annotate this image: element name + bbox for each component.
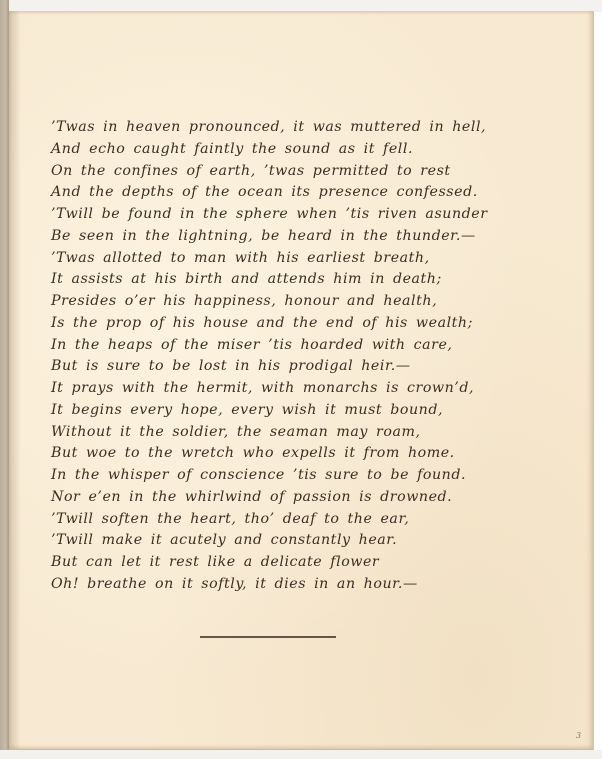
- page-number: 3: [576, 731, 581, 740]
- poem-line: Is the prop of his house and the end of …: [51, 313, 488, 335]
- poem-text: ’Twas in heaven pronounced, it was mutte…: [51, 117, 488, 596]
- poem-line: And echo caught faintly the sound as it …: [51, 139, 488, 161]
- poem-line: Nor e’en in the whirlwind of passion is …: [51, 487, 488, 509]
- poem-line: ’Twas in heaven pronounced, it was mutte…: [51, 117, 488, 139]
- book-binding-edge: [0, 0, 9, 750]
- poem-line: ’Twill be found in the sphere when ’tis …: [51, 204, 488, 226]
- poem-line: But can let it rest like a delicate flow…: [51, 552, 488, 574]
- poem-line: And the depths of the ocean its presence…: [51, 182, 488, 204]
- poem-line: It begins every hope, every wish it must…: [51, 400, 488, 422]
- poem-line: Be seen in the lightning, be heard in th…: [51, 226, 488, 248]
- poem-line: It prays with the hermit, with monarchs …: [51, 378, 488, 400]
- poem-line: Presides o’er his happiness, honour and …: [51, 291, 488, 313]
- poem-line: On the confines of earth, ’twas permitte…: [51, 161, 488, 183]
- poem-line: Oh! breathe on it softly, it dies in an …: [51, 574, 488, 596]
- closing-rule: [200, 636, 336, 638]
- poem-line: ’Twill make it acutely and constantly he…: [51, 530, 488, 552]
- poem-line: ’Twas allotted to man with his earliest …: [51, 248, 488, 270]
- poem-line: In the heaps of the miser ’tis hoarded w…: [51, 335, 488, 357]
- poem-line: But is sure to be lost in his prodigal h…: [51, 356, 488, 378]
- poem-line: Without it the soldier, the seaman may r…: [51, 422, 488, 444]
- poem-line: It assists at his birth and attends him …: [51, 269, 488, 291]
- poem-line: In the whisper of conscience ’tis sure t…: [51, 465, 488, 487]
- scan-bottom-margin: [0, 750, 602, 759]
- poem-line: But woe to the wretch who expells it fro…: [51, 443, 488, 465]
- gutter-shadow: [9, 11, 21, 749]
- poem-line: ’Twill soften the heart, tho’ deaf to th…: [51, 509, 488, 531]
